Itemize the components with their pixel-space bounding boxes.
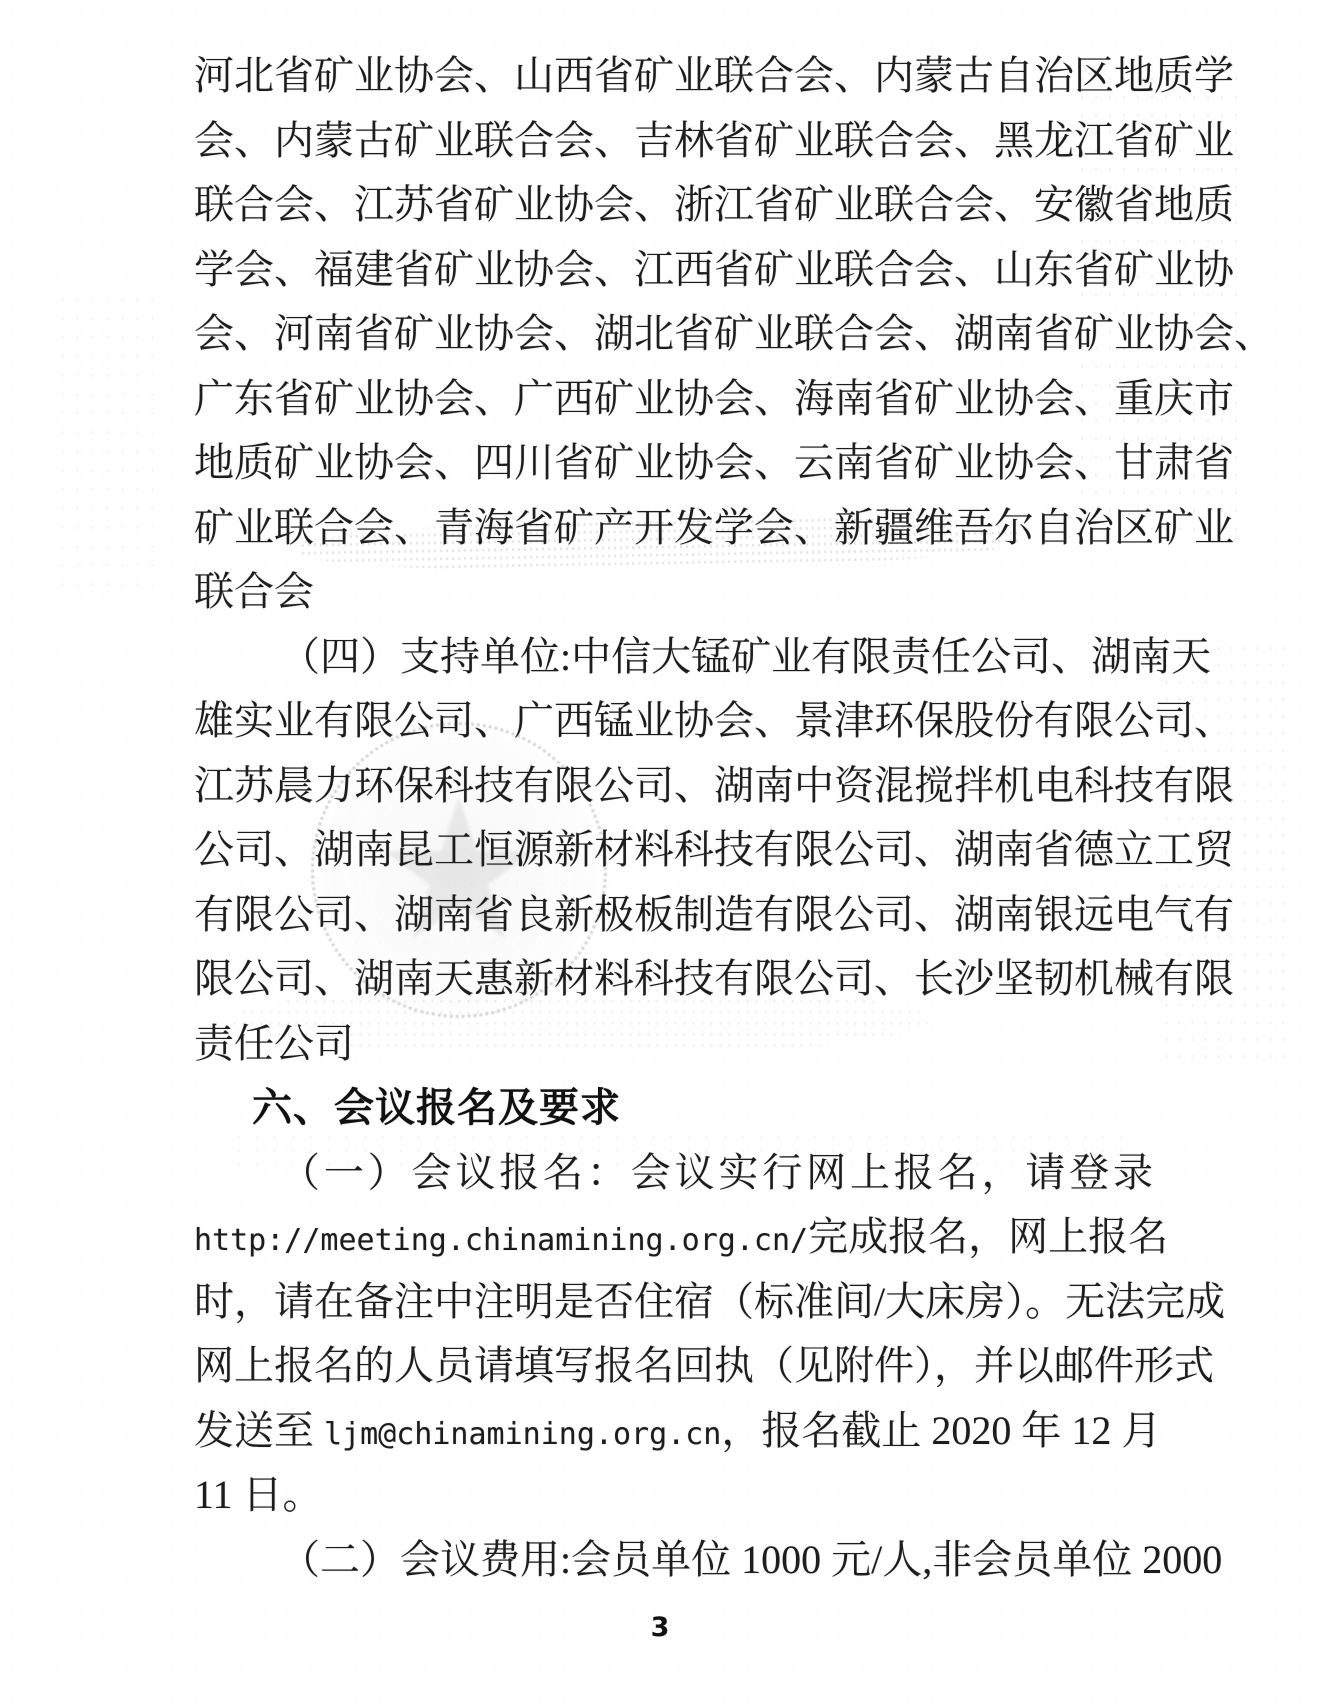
document-line: （二）会议费用:会员单位 1000 元/人,非会员单位 2000 (194, 1528, 1153, 1593)
document-line: 责任公司 (194, 1012, 1153, 1077)
email-text: ljm@chinamining.org.cn (324, 1417, 721, 1452)
document-line: （四）支持单位:中信大锰矿业有限责任公司、湖南天 (194, 625, 1153, 690)
document-line: 地质矿业协会、四川省矿业协会、云南省矿业协会、甘肃省 (194, 431, 1153, 496)
document-line-text: 完成报名，网上报名 (808, 1214, 1168, 1259)
document-line: 11 日。 (194, 1463, 1153, 1528)
document-line: http://meeting.chinamining.org.cn/完成报名，网… (194, 1205, 1153, 1270)
scanned-document-page: ★ 河北省矿业协会、山西省矿业联合会、内蒙古自治区地质学 会、内蒙古矿业联合会、… (0, 0, 1320, 1704)
document-line: 限公司、湖南天惠新材料科技有限公司、长沙坚韧机械有限 (194, 947, 1153, 1012)
document-line: 联合会、江苏省矿业协会、浙江省矿业联合会、安徽省地质 (194, 173, 1153, 238)
document-line: 会、内蒙古矿业联合会、吉林省矿业联合会、黑龙江省矿业 (194, 109, 1153, 174)
page-number: 3 (0, 1612, 1320, 1643)
document-text-block: 河北省矿业协会、山西省矿业联合会、内蒙古自治区地质学 会、内蒙古矿业联合会、吉林… (194, 44, 1153, 1592)
document-line: 会、河南省矿业协会、湖北省矿业联合会、湖南省矿业协会、 (194, 302, 1153, 367)
document-line: 发送至 ljm@chinamining.org.cn，报名截止 2020 年 1… (194, 1399, 1153, 1464)
section-heading: 六、会议报名及要求 (194, 1076, 1153, 1141)
document-line-text: 发送至 (194, 1408, 324, 1453)
document-line: 广东省矿业协会、广西矿业协会、海南省矿业协会、重庆市 (194, 367, 1153, 432)
document-line: 学会、福建省矿业协会、江西省矿业联合会、山东省矿业协 (194, 238, 1153, 303)
document-line: 有限公司、湖南省良新极板制造有限公司、湖南银远电气有 (194, 883, 1153, 948)
document-line: 时，请在备注中注明是否住宿（标准间/大床房）。无法完成 (194, 1270, 1153, 1335)
document-line: 江苏晨力环保科技有限公司、湖南中资混搅拌机电科技有限 (194, 754, 1153, 819)
url-text: http://meeting.chinamining.org.cn/ (194, 1223, 808, 1258)
document-line: 矿业联合会、青海省矿产开发学会、新疆维吾尔自治区矿业 (194, 496, 1153, 561)
document-line: 联合会 (194, 560, 1153, 625)
document-line: 雄实业有限公司、广西锰业协会、景津环保股份有限公司、 (194, 689, 1153, 754)
document-line: 公司、湖南昆工恒源新材料科技有限公司、湖南省德立工贸 (194, 818, 1153, 883)
document-line: （一）会议报名：会议实行网上报名，请登录 (194, 1141, 1153, 1206)
document-line: 网上报名的人员请填写报名回执（见附件），并以邮件形式 (194, 1334, 1153, 1399)
document-line-text: ，报名截止 2020 年 12 月 (721, 1408, 1161, 1453)
document-line: 河北省矿业协会、山西省矿业联合会、内蒙古自治区地质学 (194, 44, 1153, 109)
scan-noise-patch (55, 290, 165, 590)
